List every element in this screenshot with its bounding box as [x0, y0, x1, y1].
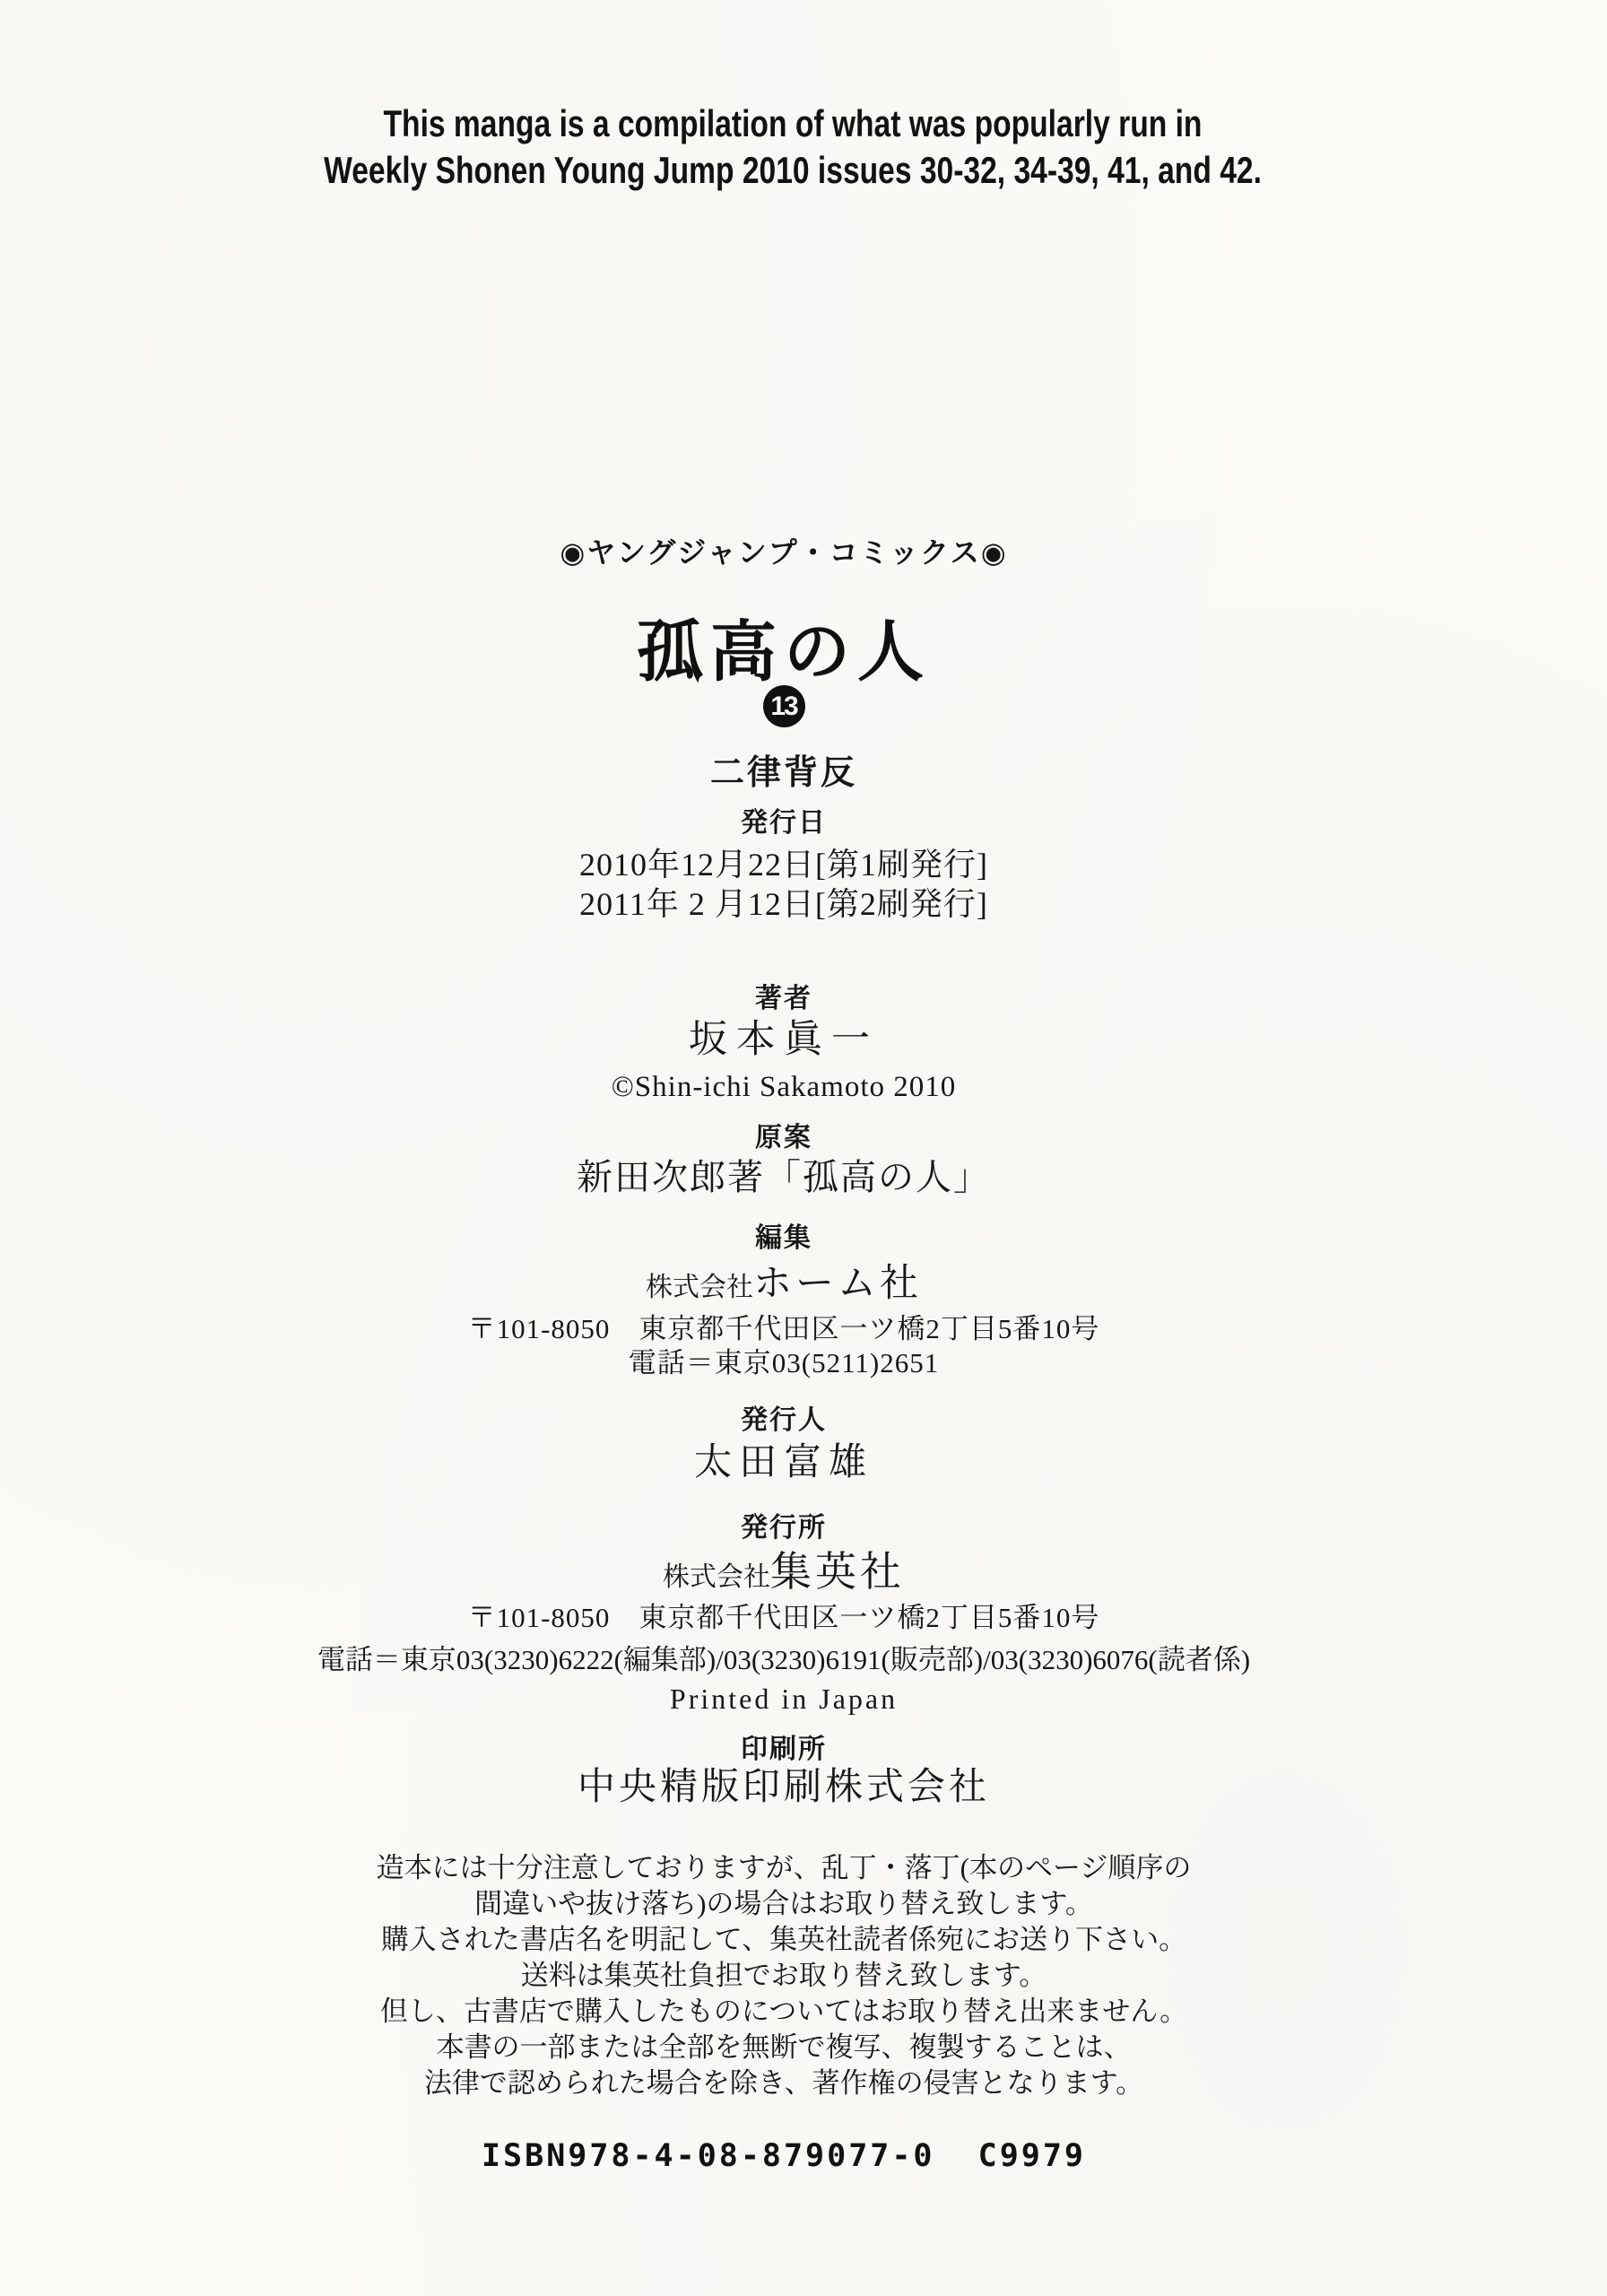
editing-heading: 編集 — [0, 1225, 1587, 1252]
header-note-line1: This manga is a compilation of what was … — [150, 100, 1436, 147]
publisher-person-name: 太田富雄 — [0, 1444, 1587, 1482]
printing-2: 2011年 2 月12日[第2刷発行] — [0, 888, 1587, 920]
notice-line: 間違いや抜け落ち)の場合はお取り替え致します。 — [0, 1886, 1587, 1922]
original-credit: 新田次郎著「孤高の人」 — [0, 1160, 1587, 1196]
editing-phone: 電話＝東京03(5211)2651 — [0, 1349, 1587, 1377]
publisher-phone: 電話＝東京03(3230)6222(編集部)/03(3230)6191(販売部)… — [0, 1646, 1587, 1674]
header-note-line2: Weekly Shonen Young Jump 2010 issues 30-… — [150, 147, 1436, 194]
notice-line: 但し、古書店で購入したものについてはお取り替え出来ません。 — [0, 1994, 1587, 2030]
publisher-company-name: 集英社 — [770, 1549, 905, 1595]
editing-company: 株式会社ホーム社 — [0, 1265, 1587, 1303]
publisher-company-prefix: 株式会社 — [663, 1562, 770, 1592]
publisher-address: 〒101-8050 東京都千代田区一ツ橋2丁目5番10号 — [0, 1604, 1587, 1631]
notice-line: 送料は集英社負担でお取り替え致します。 — [0, 1958, 1587, 1994]
notice-line: 本書の一部または全部を無断で複写、複製することは、 — [0, 2030, 1587, 2066]
header-note: This manga is a compilation of what was … — [150, 100, 1436, 194]
replacement-notice: 造本には十分注意しておりますが、乱丁・落丁(本のページ順序の 間違いや抜け落ち)… — [0, 1850, 1587, 2101]
printer-heading: 印刷所 — [0, 1736, 1587, 1763]
author-name: 坂本眞一 — [0, 1021, 1587, 1059]
publisher-company: 株式会社集英社 — [0, 1552, 1587, 1593]
publisher-person-heading: 発行人 — [0, 1407, 1587, 1434]
author-heading: 著者 — [0, 986, 1587, 1013]
notice-line: 購入された書店名を明記して、集英社読者係宛にお送り下さい。 — [0, 1922, 1587, 1958]
notice-line: 法律で認められた場合を除き、著作権の侵害となります。 — [0, 2066, 1587, 2101]
book-title: 孤高の人 — [0, 619, 1587, 685]
printing-1: 2010年12月22日[第1刷発行] — [0, 848, 1587, 881]
volume-badge: 13 — [763, 685, 805, 727]
original-heading: 原案 — [0, 1125, 1587, 1152]
notice-line: 造本には十分注意しておりますが、乱丁・落丁(本のページ順序の — [0, 1850, 1587, 1886]
colophon-page: This manga is a compilation of what was … — [0, 0, 1607, 2296]
subtitle: 二律背反 — [0, 756, 1587, 790]
printed-in-japan: Printed in Japan — [0, 1684, 1587, 1713]
editing-company-prefix: 株式会社 — [646, 1273, 753, 1302]
copyright-line: ©Shin-ichi Sakamoto 2010 — [0, 1073, 1587, 1102]
printer-name: 中央精版印刷株式会社 — [0, 1769, 1587, 1806]
editing-company-name: ホーム社 — [753, 1263, 922, 1305]
isbn-line: ISBN978-4-08-879077-0 C9979 — [0, 2141, 1587, 2172]
series-label: ◉ヤングジャンプ・コミックス◉ — [0, 538, 1587, 567]
editing-address: 〒101-8050 東京都千代田区一ツ橋2丁目5番10号 — [0, 1315, 1587, 1343]
publication-date-heading: 発行日 — [0, 810, 1587, 837]
volume-badge-row: 13 — [0, 685, 1587, 727]
publisher-heading: 発行所 — [0, 1515, 1587, 1542]
